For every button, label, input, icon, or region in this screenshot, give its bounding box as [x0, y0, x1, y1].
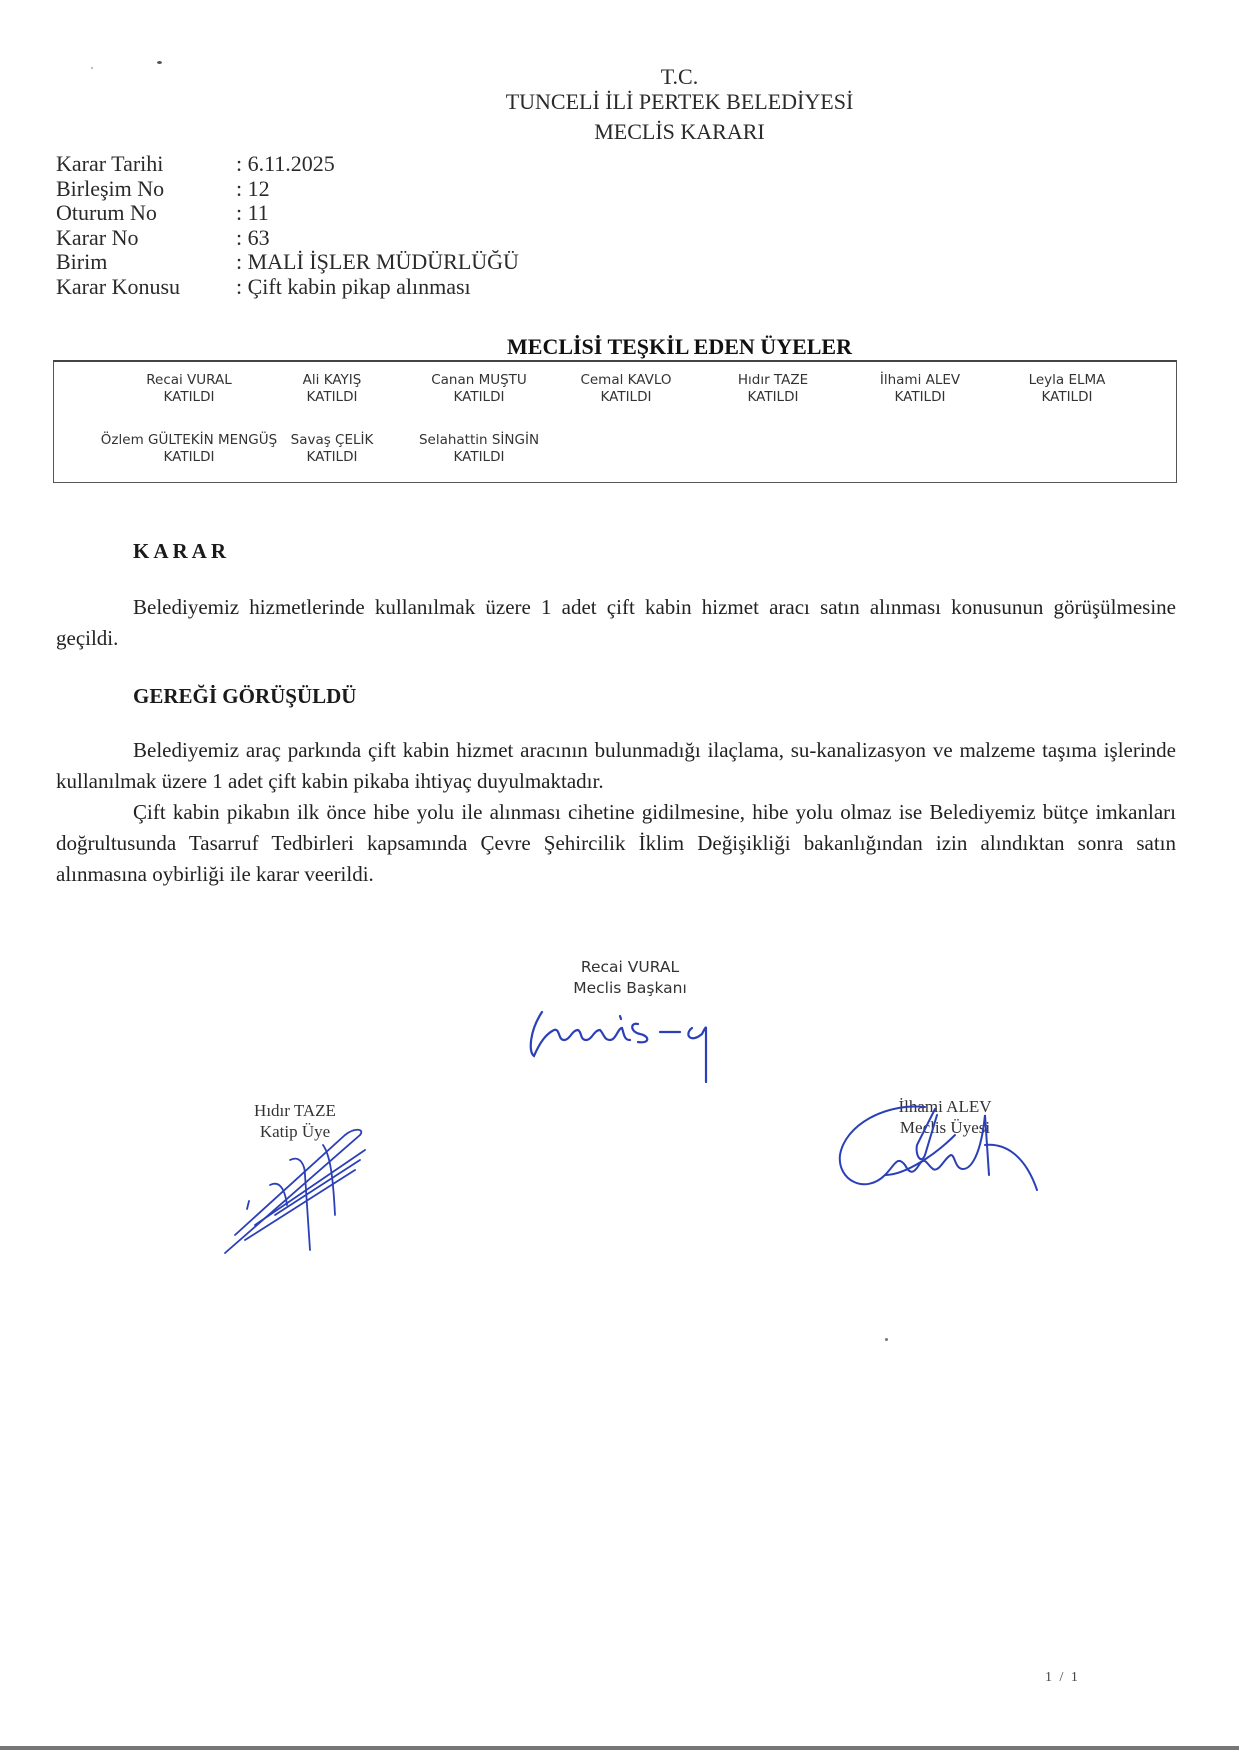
meta-label: Birleşim No: [56, 177, 236, 202]
meta-label: Birim: [56, 250, 236, 275]
meta-row-sitting: Oturum No: 11: [56, 201, 519, 226]
karar-paragraph: Belediyemiz hizmetlerinde kullanılmak üz…: [56, 592, 1176, 654]
meta-value: : 11: [236, 201, 269, 226]
meta-row-subject: Karar Konusu: Çift kabin pikap alınması: [56, 275, 519, 300]
page-number: 1 / 1: [1045, 1670, 1080, 1686]
member-cell: Selahattin SİNGİNKATILDI: [384, 432, 574, 466]
meta-value: : Çift kabin pikap alınması: [236, 275, 471, 300]
meta-value: : 63: [236, 226, 270, 251]
meta-row-unit: Birim: MALİ İŞLER MÜDÜRLÜĞÜ: [56, 250, 519, 275]
meta-label: Oturum No: [56, 201, 236, 226]
meta-label: Karar Tarihi: [56, 152, 236, 177]
meta-value: : MALİ İŞLER MÜDÜRLÜĞÜ: [236, 250, 519, 275]
header-document-type: MECLİS KARARI: [0, 119, 1239, 145]
geregi-paragraph-2: Çift kabin pikabın ilk önce hibe yolu il…: [56, 797, 1176, 890]
member-cell: Leyla ELMAKATILDI: [972, 372, 1162, 406]
header-municipality: TUNCELİ İLİ PERTEK BELEDİYESİ: [0, 89, 1239, 115]
scan-speck: [885, 1338, 888, 1341]
meta-label: Karar Konusu: [56, 275, 236, 300]
header-country: T.C.: [0, 64, 1239, 90]
chair-role: Meclis Başkanı: [530, 978, 730, 999]
signature-block-chair: Recai VURAL Meclis Başkanı: [530, 957, 730, 999]
decision-meta: Karar Tarihi: 6.11.2025 Birleşim No: 12 …: [56, 152, 519, 299]
meta-label: Karar No: [56, 226, 236, 251]
geregi-paragraph-1: Belediyemiz araç parkında çift kabin hiz…: [56, 735, 1176, 797]
member-signature-icon: [825, 1095, 1055, 1215]
meta-value: : 12: [236, 177, 270, 202]
meta-value: : 6.11.2025: [236, 152, 335, 177]
meta-row-decision-no: Karar No: 63: [56, 226, 519, 251]
karar-heading: KARAR: [133, 539, 230, 564]
meta-row-session: Birleşim No: 12: [56, 177, 519, 202]
chair-signature-icon: [520, 1000, 760, 1090]
meta-row-date: Karar Tarihi: 6.11.2025: [56, 152, 519, 177]
chair-name: Recai VURAL: [530, 957, 730, 978]
clerk-signature-icon: [215, 1115, 375, 1260]
bottom-rule: [0, 1746, 1239, 1750]
members-title: MECLİSİ TEŞKİL EDEN ÜYELER: [0, 334, 1239, 360]
geregi-heading: GEREĞİ GÖRÜŞÜLDÜ: [133, 684, 356, 709]
members-table: Recai VURALKATILDI Ali KAYIŞKATILDI Cana…: [53, 360, 1177, 483]
